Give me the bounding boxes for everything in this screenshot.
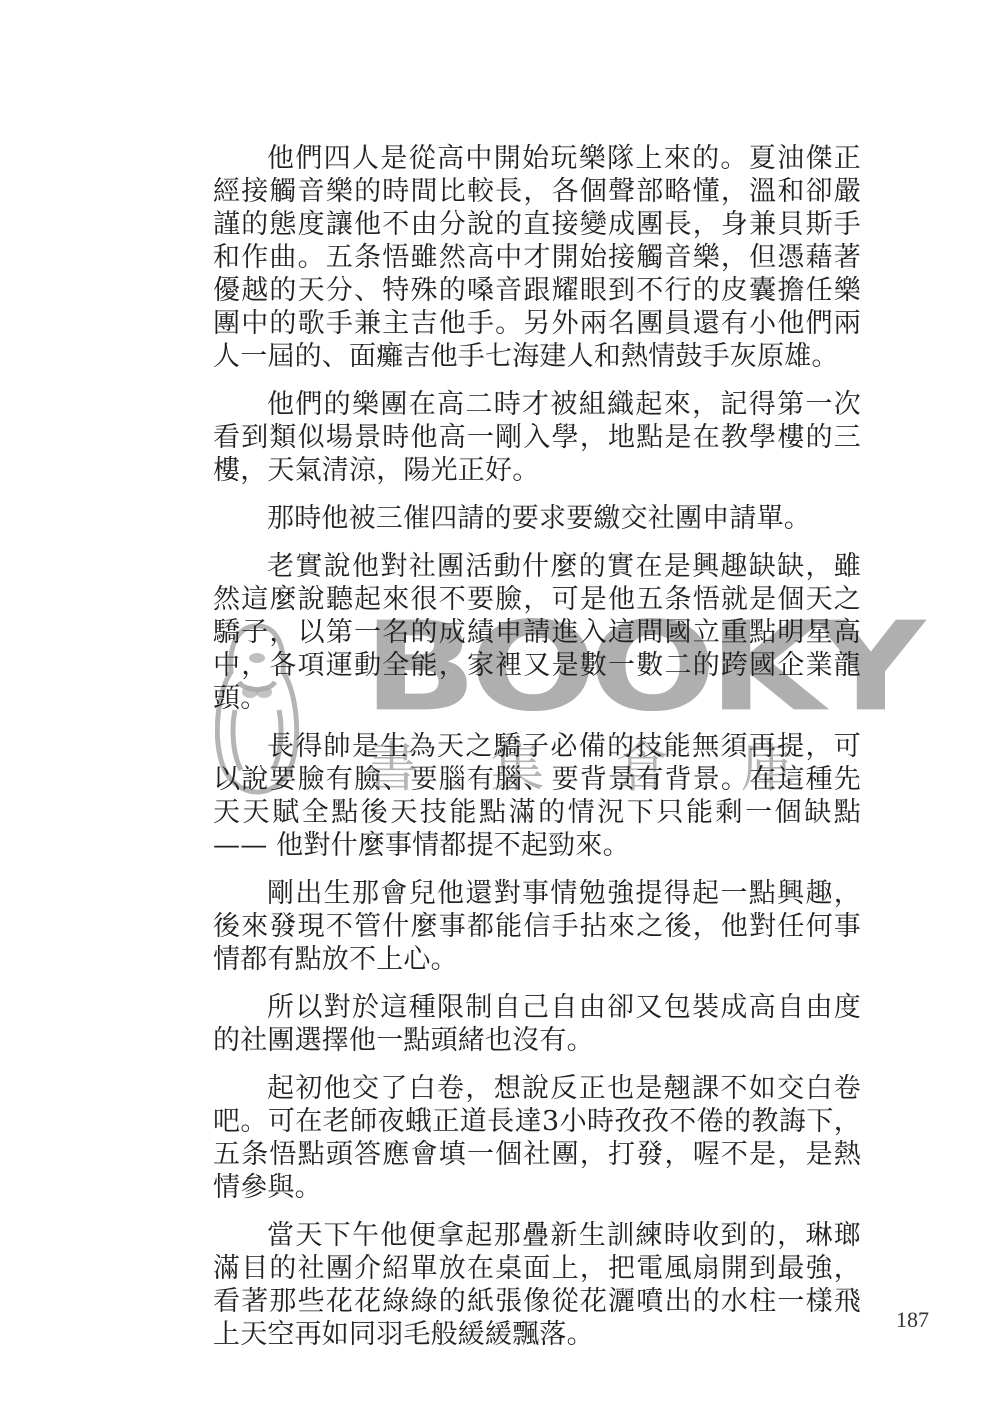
page-number: 187 [896,1307,929,1333]
paragraph: 所以對於這種限制自己自由卻又包裝成高自由度的社團選擇他一點頭緒也沒有。 [213,991,861,1057]
book-page: BOOKY 書 集 倉 庫 他們四人是從高中開始玩樂隊上來的。夏油傑正經接觸音樂… [0,0,1000,1403]
paragraph: 起初他交了白卷，想說反正也是翹課不如交白卷吧。可在老師夜蛾正道長達3小時孜孜不倦… [213,1072,861,1204]
paragraph: 那時他被三催四請的要求要繳交社團申請單。 [213,502,861,535]
paragraph: 他們的樂團在高二時才被組織起來，記得第一次看到類似場景時他高一剛入學，地點是在教… [213,388,861,487]
paragraph: 老實說他對社團活動什麼的實在是興趣缺缺，雖然這麼說聽起來很不要臉，可是他五条悟就… [213,550,861,715]
paragraph: 當天下午他便拿起那疊新生訓練時收到的，琳瑯滿目的社團介紹單放在桌面上，把電風扇開… [213,1219,861,1351]
paragraph: 他們四人是從高中開始玩樂隊上來的。夏油傑正經接觸音樂的時間比較長，各個聲部略懂，… [213,142,861,373]
paragraph: 剛出生那會兒他還對事情勉強提得起一點興趣，後來發現不管什麼事都能信手拈來之後，他… [213,877,861,976]
body-text: 他們四人是從高中開始玩樂隊上來的。夏油傑正經接觸音樂的時間比較長，各個聲部略懂，… [213,142,861,1366]
paragraph: 長得帥是生為天之驕子必備的技能無須再提，可以說要臉有臉、要腦有腦、要背景有背景。… [213,730,861,862]
